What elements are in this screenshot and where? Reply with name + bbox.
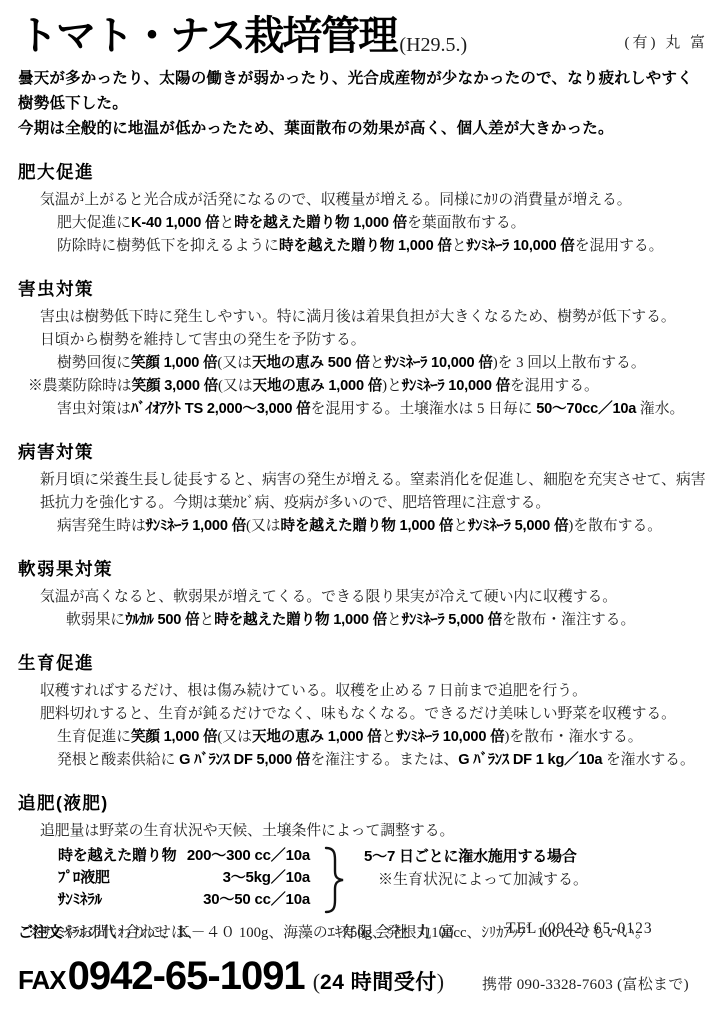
order-note: ご注文やお問い合わせは、 xyxy=(18,920,202,942)
company-name: (有) 丸 富 xyxy=(625,31,709,60)
body-text: 樹勢回復に xyxy=(57,355,131,371)
page-title: トマト・ナス栽培管理 xyxy=(18,12,396,60)
section-heading: 病害対策 xyxy=(18,441,708,463)
text-line: 収穫すればするだけ、根は傷み続けている。収穫を止める 7 日前まで追肥を行う。 xyxy=(18,680,708,703)
body-text: 発根と酸素供給に xyxy=(57,752,179,768)
fertilizer-row: 時を越えた贈り物200～300 cc／10a xyxy=(58,845,310,867)
body-text: を散布・潅注する。 xyxy=(502,612,635,628)
section-heading: 害虫対策 xyxy=(18,278,708,300)
body-text: 新月頃に栄養生長し徒長すると、病害の発生が増える。窒素消化を促進し、細胞を充実さ… xyxy=(40,472,706,488)
title-date: (H29.5.) xyxy=(396,35,467,60)
body-text: 収穫すればするだけ、根は傷み続けている。収穫を止める 7 日前まで追肥を行う。 xyxy=(40,683,587,699)
header: トマト・ナス栽培管理 (H29.5.) (有) 丸 富 xyxy=(18,12,708,60)
curly-brace-icon xyxy=(322,846,346,919)
text-line: 樹勢回復に笑顔 1,000 倍(又は天地の恵み 500 倍とｻﾝﾐﾈｰﾗ 10,… xyxy=(18,352,708,375)
fertilizer-block: 時を越えた贈り物200～300 cc／10aﾌﾟﾛ液肥3～5kg／10aｻﾝﾐﾈ… xyxy=(18,845,708,919)
section-pest-control: 害虫対策 害虫は樹勢低下時に発生しやすい。特に満月後は着果負担が大きくなるため、… xyxy=(18,278,708,421)
text-line: 害虫対策はﾊﾞｲｵｱｸﾄ TS 2,000～3,000 倍を混用する。土壌潅水は… xyxy=(18,398,708,421)
text-line: 防除時に樹勢低下を抑えるように時を越えた贈り物 1,000 倍とｻﾝﾐﾈｰﾗ 1… xyxy=(18,235,708,258)
text-line: ※農薬防除時は笑顔 3,000 倍(又は天地の恵み 1,000 倍)とｻﾝﾐﾈｰ… xyxy=(18,375,708,398)
footer-contact-row: ご注文やお問い合わせは、 有限会社 丸 富 TEL (0942) 65-0123 xyxy=(18,920,706,942)
intro-line-1: 曇天が多かったり、太陽の働きが弱かったり、光合成産物が少なかったので、なり疲れし… xyxy=(18,66,708,116)
body-text: 肥料切れすると、生育が鈍るだけでなく、味もなくなる。できるだけ美味しい野菜を収穫… xyxy=(40,706,676,722)
product-dosage: 50～70cc／10a xyxy=(536,401,636,417)
body-text: )を散布・潅水する。 xyxy=(504,729,642,745)
order-note-bold: ご注文 xyxy=(18,924,62,941)
body-text: と xyxy=(370,355,385,371)
body-text: 防除時に樹勢低下を抑えるように xyxy=(57,238,279,254)
section-fertilization: 肥大促進 気温が上がると光合成が活発になるので、収穫量が増える。同様にｶﾘの消費… xyxy=(18,161,708,258)
body-text: と xyxy=(382,729,397,745)
text-line: 生育促進に笑顔 1,000 倍(又は天地の恵み 1,000 倍とｻﾝﾐﾈｰﾗ 1… xyxy=(18,726,708,749)
section-heading: 追肥(液肥) xyxy=(18,792,708,814)
intro-paragraph: 曇天が多かったり、太陽の働きが弱かったり、光合成産物が少なかったので、なり疲れし… xyxy=(18,66,708,141)
dosage-amount: 30～50 cc／10a xyxy=(203,889,310,911)
body-text: と xyxy=(219,215,234,231)
document-content: トマト・ナス栽培管理 (H29.5.) (有) 丸 富 曇天が多かったり、太陽の… xyxy=(0,0,724,945)
section-body: 害虫は樹勢低下時に発生しやすい。特に満月後は着果負担が大きくなるため、樹勢が低下… xyxy=(18,306,708,421)
product-dosage: G ﾊﾞﾗﾝｽ DF 5,000 倍 xyxy=(179,752,310,768)
section-body: 新月頃に栄養生長し徒長すると、病害の発生が増える。窒素消化を促進し、細胞を充実さ… xyxy=(18,469,708,538)
tel-number: TEL (0942) 65-0123 xyxy=(506,920,653,938)
product-name: ｻﾝﾐﾈﾗﾙ xyxy=(58,889,102,911)
text-line: 抵抗力を強化する。今期は葉ｶﾋﾞ病、疫病が多いので、肥培管理に注意する。 xyxy=(18,492,708,515)
body-text: 害虫対策は xyxy=(57,401,131,417)
hours-paren-close: ) xyxy=(437,969,444,994)
body-text: 気温が高くなると、軟弱果が増えてくる。できる限り果実が冷えて硬い内に収穫する。 xyxy=(40,589,617,605)
body-text: (又は xyxy=(246,518,281,534)
product-dosage: ｻﾝﾐﾈｰﾗ 10,000 倍 xyxy=(385,355,493,371)
text-line: 日頃から樹勢を維持して害虫の発生を予防する。 xyxy=(18,329,708,352)
text-line: 害虫は樹勢低下時に発生しやすい。特に満月後は着果負担が大きくなるため、樹勢が低下… xyxy=(18,306,708,329)
body-text: 肥大促進に xyxy=(57,215,131,231)
body-text: と xyxy=(387,612,402,628)
body-text: と xyxy=(199,612,214,628)
footer-fax-row: FAX 0942-65-1091 (24 時間受付) 携帯 090-3328-7… xyxy=(18,954,706,999)
body-text: 軟弱果に xyxy=(66,612,125,628)
product-dosage: 天地の恵み 1,000 倍 xyxy=(253,378,383,394)
product-dosage: 笑顔 1,000 倍 xyxy=(131,355,217,371)
mobile-number: 携帯 090-3328-7603 (富松まで) xyxy=(482,973,689,994)
section-heading: 肥大促進 xyxy=(18,161,708,183)
body-text: (又は xyxy=(217,355,252,371)
product-dosage: 時を越えた贈り物 1,000 倍 xyxy=(214,612,387,628)
text-line: 気温が上がると光合成が活発になるので、収穫量が増える。同様にｶﾘの消費量が増える… xyxy=(18,189,708,212)
product-dosage: 天地の恵み 1,000 倍 xyxy=(252,729,382,745)
topdressing-lead: 追肥量は野菜の生育状況や天候、土壌条件によって調整する。 xyxy=(18,820,708,843)
text-line: 病害発生時はｻﾝﾐﾈｰﾗ 1,000 倍(又は時を越えた贈り物 1,000 倍と… xyxy=(18,515,708,538)
order-note-rest: やお問い合わせは、 xyxy=(62,924,202,941)
product-dosage: ｻﾝﾐﾈｰﾗ 5,000 倍 xyxy=(468,518,568,534)
section-growth-promotion: 生育促進 収穫すればするだけ、根は傷み続けている。収穫を止める 7 日前まで追肥… xyxy=(18,652,708,772)
text-line: 追肥量は野菜の生育状況や天候、土壌条件によって調整する。 xyxy=(18,820,708,843)
body-text: (又は xyxy=(218,378,253,394)
product-dosage: ｳﾙｶﾙ 500 倍 xyxy=(125,612,199,628)
product-name: ﾌﾟﾛ液肥 xyxy=(58,867,110,889)
dosage-amount: 200～300 cc／10a xyxy=(187,845,310,867)
body-text: 生育促進に xyxy=(57,729,131,745)
body-text: を葉面散布する。 xyxy=(407,215,525,231)
product-dosage: K-40 1,000 倍 xyxy=(131,215,219,231)
product-dosage: 笑顔 1,000 倍 xyxy=(131,729,217,745)
text-line: 気温が高くなると、軟弱果が増えてくる。できる限り果実が冷えて硬い内に収穫する。 xyxy=(18,586,708,609)
section-body: 気温が高くなると、軟弱果が増えてくる。できる限り果実が冷えて硬い内に収穫する。軟… xyxy=(18,586,708,632)
fertilizer-case: 5～7 日ごとに潅水施用する場合 ※生育状況によって加減する。 xyxy=(364,845,588,892)
fertilizer-row: ｻﾝﾐﾈﾗﾙ30～50 cc／10a xyxy=(58,889,310,911)
product-dosage: ｻﾝﾐﾈｰﾗ 10,000 倍 xyxy=(467,238,575,254)
fax-label: FAX xyxy=(18,965,66,996)
case-title: 5～7 日ごとに潅水施用する場合 xyxy=(364,845,588,868)
text-line: 肥料切れすると、生育が鈍るだけでなく、味もなくなる。できるだけ美味しい野菜を収穫… xyxy=(18,703,708,726)
body-text: 病害発生時は xyxy=(57,518,146,534)
section-soft-fruit: 軟弱果対策 気温が高くなると、軟弱果が増えてくる。できる限り果実が冷えて硬い内に… xyxy=(18,558,708,632)
section-heading: 生育促進 xyxy=(18,652,708,674)
body-text: を潅水する。 xyxy=(602,752,694,768)
product-name: 時を越えた贈り物 xyxy=(58,845,176,867)
section-body: 気温が上がると光合成が活発になるので、収穫量が増える。同様にｶﾘの消費量が増える… xyxy=(18,189,708,258)
body-text: を混用する。土壌潅水は 5 日毎に xyxy=(311,401,537,417)
body-text: を混用する。 xyxy=(510,378,599,394)
section-disease-control: 病害対策 新月頃に栄養生長し徒長すると、病害の発生が増える。窒素消化を促進し、細… xyxy=(18,441,708,538)
dosage-amount: 3～5kg／10a xyxy=(223,867,310,889)
fertilizer-row: ﾌﾟﾛ液肥3～5kg／10a xyxy=(58,867,310,889)
product-dosage: ｻﾝﾐﾈｰﾗ 1,000 倍 xyxy=(146,518,246,534)
body-text: を混用する。 xyxy=(575,238,664,254)
product-dosage: ｻﾝﾐﾈｰﾗ 5,000 倍 xyxy=(402,612,502,628)
product-dosage: ﾊﾞｲｵｱｸﾄ TS 2,000～3,000 倍 xyxy=(131,401,311,417)
text-line: 肥大促進にK-40 1,000 倍と時を越えた贈り物 1,000 倍を葉面散布す… xyxy=(18,212,708,235)
body-text: 気温が上がると光合成が活発になるので、収穫量が増える。同様にｶﾘの消費量が増える… xyxy=(40,192,632,208)
body-text: を潅注する。または、 xyxy=(310,752,458,768)
text-line: 発根と酸素供給に G ﾊﾞﾗﾝｽ DF 5,000 倍を潅注する。または、G ﾊ… xyxy=(18,749,708,772)
company-name-footer: 有限会社 丸 富 xyxy=(340,920,457,942)
body-text: 潅水。 xyxy=(636,401,684,417)
product-dosage: 時を越えた贈り物 1,000 倍 xyxy=(234,215,407,231)
footer: ご注文やお問い合わせは、 有限会社 丸 富 TEL (0942) 65-0123… xyxy=(18,920,706,999)
body-text: (又は xyxy=(217,729,252,745)
product-dosage: G ﾊﾞﾗﾝｽ DF 1 kg／10a xyxy=(458,752,602,768)
body-text: 抵抗力を強化する。今期は葉ｶﾋﾞ病、疫病が多いので、肥培管理に注意する。 xyxy=(40,495,550,511)
text-line: 軟弱果にｳﾙｶﾙ 500 倍と時を越えた贈り物 1,000 倍とｻﾝﾐﾈｰﾗ 5… xyxy=(18,609,708,632)
body-text: )を 3 回以上散布する。 xyxy=(493,355,646,371)
product-dosage: ｻﾝﾐﾈｰﾗ 10,000 倍 xyxy=(396,729,504,745)
section-body: 収穫すればするだけ、根は傷み続けている。収穫を止める 7 日前まで追肥を行う。肥… xyxy=(18,680,708,772)
case-note: ※生育状況によって加減する。 xyxy=(364,868,588,892)
fax-number: 0942-65-1091 xyxy=(66,954,305,999)
body-text: ※農薬防除時は xyxy=(28,378,132,394)
hours-paren-open: ( xyxy=(313,969,320,994)
hours-text: 24 時間受付 xyxy=(320,971,437,994)
body-text: )を散布する。 xyxy=(568,518,662,534)
intro-line-2: 今期は全般的に地温が低かったため、葉面散布の効果が高く、個人差が大きかった。 xyxy=(18,116,708,141)
body-text: と xyxy=(453,518,468,534)
body-text: と xyxy=(452,238,467,254)
product-dosage: 時を越えた贈り物 1,000 倍 xyxy=(281,518,454,534)
section-heading: 軟弱果対策 xyxy=(18,558,708,580)
body-text: 日頃から樹勢を維持して害虫の発生を予防する。 xyxy=(40,332,366,348)
product-dosage: 天地の恵み 500 倍 xyxy=(252,355,370,371)
product-dosage: ｻﾝﾐﾈｰﾗ 10,000 倍 xyxy=(402,378,510,394)
body-text: )と xyxy=(382,378,402,394)
product-dosage: 時を越えた贈り物 1,000 倍 xyxy=(279,238,452,254)
fertilizer-table: 時を越えた贈り物200～300 cc／10aﾌﾟﾛ液肥3～5kg／10aｻﾝﾐﾈ… xyxy=(58,845,310,911)
document-page: トマト・ナス栽培管理 (H29.5.) (有) 丸 富 曇天が多かったり、太陽の… xyxy=(0,0,724,1024)
fax-hours: (24 時間受付) xyxy=(305,966,444,996)
body-text: 追肥量は野菜の生育状況や天候、土壌条件によって調整する。 xyxy=(40,823,454,839)
product-dosage: 笑顔 3,000 倍 xyxy=(132,378,218,394)
text-line: 新月頃に栄養生長し徒長すると、病害の発生が増える。窒素消化を促進し、細胞を充実さ… xyxy=(18,469,708,492)
body-text: 害虫は樹勢低下時に発生しやすい。特に満月後は着果負担が大きくなるため、樹勢が低下… xyxy=(40,309,676,325)
